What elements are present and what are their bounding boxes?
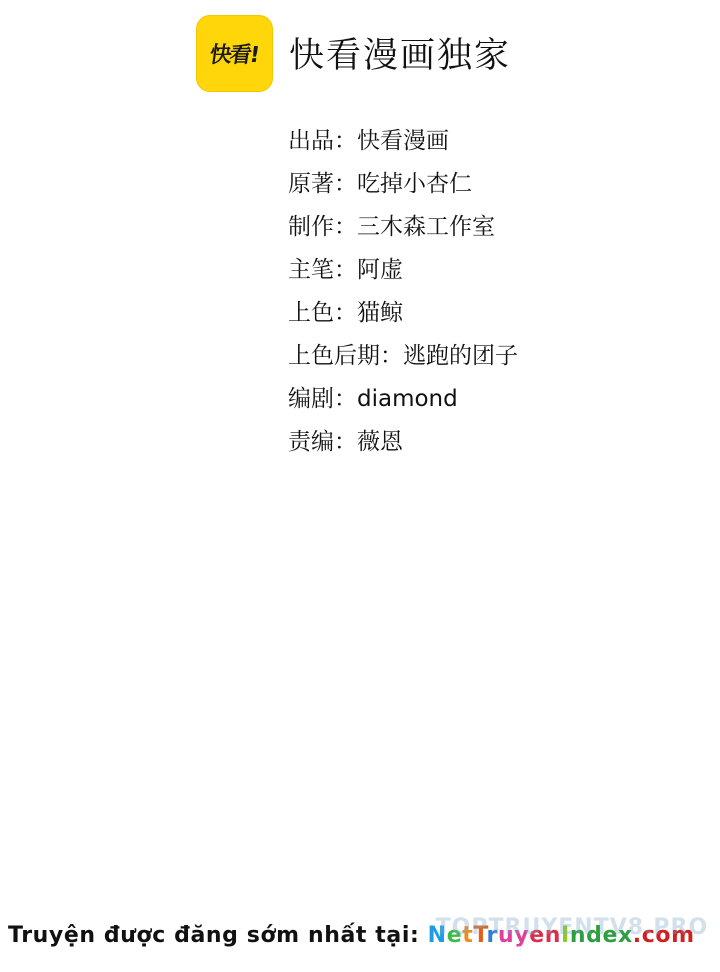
- site-letter: n: [545, 923, 561, 948]
- credit-value: 薇恩: [357, 429, 403, 455]
- credit-separator: ：: [334, 300, 357, 326]
- site-letter: x: [618, 923, 633, 948]
- credit-value: 猫鲸: [357, 300, 403, 326]
- site-letter: e: [602, 923, 618, 948]
- credit-label: 上色: [288, 300, 334, 326]
- credit-label: 制作: [288, 214, 334, 240]
- source-prefix: Truyện được đăng sớm nhất tại:: [8, 923, 428, 948]
- credit-label: 出品: [288, 128, 334, 154]
- credit-row-screenwriter: 编剧：diamond: [288, 378, 518, 421]
- site-letter: I: [561, 923, 570, 948]
- credit-row-color-post: 上色后期：逃跑的团子: [288, 335, 518, 378]
- site-name: NetTruyenIndex.com: [428, 923, 695, 948]
- credit-separator: ：: [334, 214, 357, 240]
- logo-text: 快看!: [208, 38, 260, 69]
- credit-label: 上色后期: [288, 343, 380, 369]
- site-link[interactable]: NetTruyenIndex.comTOPTRUYENTV8.PRO: [428, 918, 695, 954]
- site-letter: y: [514, 923, 529, 948]
- brand-title: 快看漫画独家: [289, 28, 511, 78]
- credit-separator: ：: [380, 343, 403, 369]
- credit-row-lead-artist: 主笔：阿虚: [288, 249, 518, 292]
- site-letter: t: [462, 923, 473, 948]
- site-letter: c: [642, 923, 656, 948]
- credit-row-colorist: 上色：猫鲸: [288, 292, 518, 335]
- site-letter: .: [633, 923, 642, 948]
- credit-row-original-author: 原著：吃掉小杏仁: [288, 163, 518, 206]
- site-letter: m: [671, 923, 695, 948]
- header: 快看! 快看漫画独家: [196, 14, 511, 92]
- credit-label: 责编: [288, 429, 334, 455]
- credit-value: diamond: [357, 386, 458, 412]
- credit-separator: ：: [334, 386, 357, 412]
- site-letter: r: [487, 923, 498, 948]
- credit-value: 阿虚: [357, 257, 403, 283]
- site-letter: N: [428, 923, 447, 948]
- credit-separator: ：: [334, 171, 357, 197]
- kuaikan-logo: 快看!: [196, 15, 273, 92]
- site-letter: e: [447, 923, 463, 948]
- credit-label: 编剧: [288, 386, 334, 412]
- credit-row-producer: 出品：快看漫画: [288, 120, 518, 163]
- credit-separator: ：: [334, 128, 357, 154]
- credit-value: 吃掉小杏仁: [357, 171, 472, 197]
- credit-separator: ：: [334, 257, 357, 283]
- credit-row-production: 制作：三木森工作室: [288, 206, 518, 249]
- site-letter: d: [586, 923, 602, 948]
- credit-label: 原著: [288, 171, 334, 197]
- credit-value: 快看漫画: [357, 128, 449, 154]
- credit-separator: ：: [334, 429, 357, 455]
- credit-value: 三木森工作室: [357, 214, 495, 240]
- site-letter: n: [570, 923, 586, 948]
- site-letter: u: [498, 923, 514, 948]
- credit-row-editor: 责编：薇恩: [288, 421, 518, 464]
- credits-list: 出品：快看漫画 原著：吃掉小杏仁 制作：三木森工作室 主笔：阿虚 上色：猫鲸 上…: [288, 120, 518, 464]
- site-letter: T: [473, 923, 486, 948]
- site-letter: o: [655, 923, 671, 948]
- site-letter: e: [529, 923, 545, 948]
- credit-value: 逃跑的团子: [403, 343, 518, 369]
- source-banner: Truyện được đăng sớm nhất tại: NetTruyen…: [8, 918, 695, 954]
- credit-label: 主笔: [288, 257, 334, 283]
